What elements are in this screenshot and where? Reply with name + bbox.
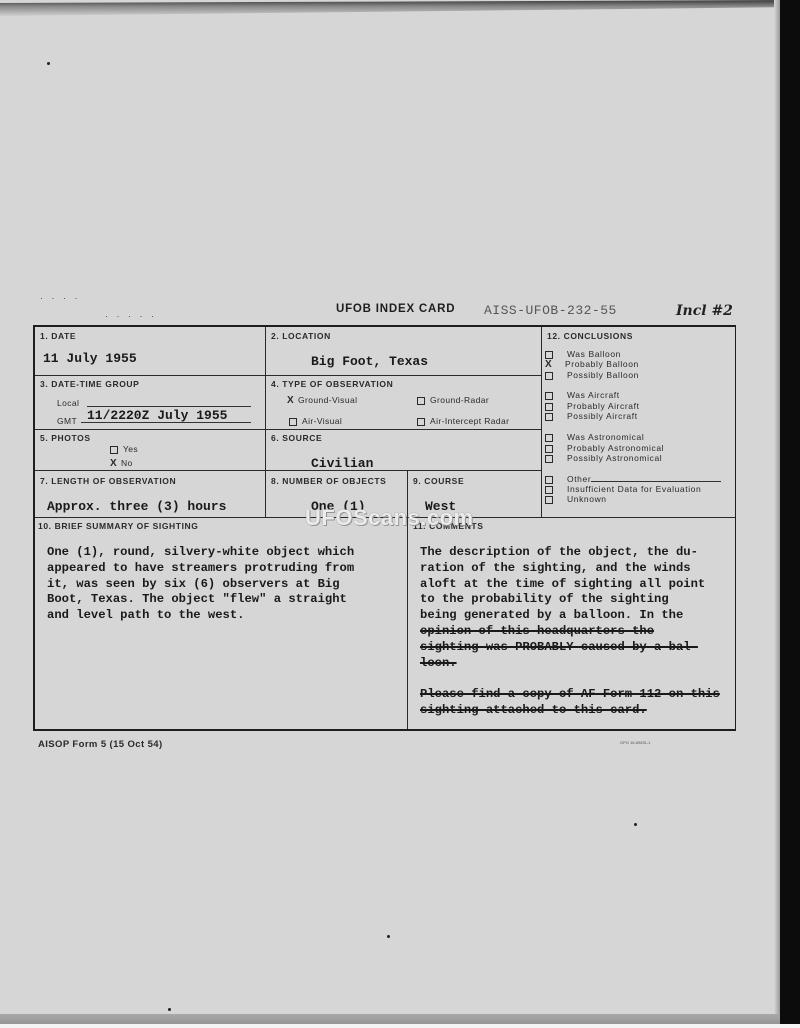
conclusion-probably-aircraft: Probably Aircraft xyxy=(545,401,640,411)
scan-right-edge xyxy=(780,0,800,1028)
form-id: AISOP Form 5 (15 Oct 54) xyxy=(38,739,163,750)
checkbox-icon xyxy=(545,455,553,463)
divider xyxy=(35,429,541,430)
number-of-objects-label: 8. NUMBER OF OBJECTS xyxy=(271,476,386,486)
option-ground-radar: Ground-Radar xyxy=(417,395,489,405)
checkbox-icon xyxy=(545,434,553,442)
checked-box-icon: X xyxy=(545,359,553,370)
checked-box-icon: X xyxy=(287,395,295,406)
struck-text: sighting was PROBABLY caused by a bal- xyxy=(420,640,720,656)
length-value: Approx. three (3) hours xyxy=(47,499,226,514)
checkbox-icon xyxy=(545,486,553,494)
comments-text: The description of the object, the du- r… xyxy=(420,545,720,719)
location-label: 2. LOCATION xyxy=(271,331,331,341)
date-value: 11 July 1955 xyxy=(43,351,137,366)
conclusion-possibly-balloon: Possibly Balloon xyxy=(545,370,639,380)
conclusion-unknown: Unknown xyxy=(545,494,607,504)
scan-speck xyxy=(634,823,637,826)
option-photos-no: XNo xyxy=(110,458,133,469)
location-value: Big Foot, Texas xyxy=(311,354,428,369)
checkbox-icon xyxy=(545,496,553,504)
struck-text: loon. xyxy=(420,656,720,672)
divider xyxy=(265,327,266,517)
observation-type-label: 4. TYPE OF OBSERVATION xyxy=(271,379,393,389)
checkbox-icon xyxy=(545,392,553,400)
option-photos-yes: Yes xyxy=(110,444,138,454)
conclusion-probably-balloon: XProbably Balloon xyxy=(545,359,639,370)
conclusion-insufficient-data: Insufficient Data for Evaluation xyxy=(545,484,701,494)
option-air-intercept-radar: Air-Intercept Radar xyxy=(417,416,509,426)
option-air-visual: Air-Visual xyxy=(289,416,342,426)
checkbox-icon xyxy=(417,397,425,405)
conclusion-possibly-aircraft: Possibly Aircraft xyxy=(545,411,638,421)
divider xyxy=(35,470,541,471)
conclusion-was-aircraft: Was Aircraft xyxy=(545,390,620,400)
local-time-label: Local xyxy=(57,398,79,408)
conclusions-list: Was Balloon XProbably Balloon Possibly B… xyxy=(535,327,735,517)
checkbox-icon xyxy=(545,351,553,359)
card-number: AISS-UFOB-232-55 xyxy=(484,303,617,318)
handwritten-note: Incl #2 xyxy=(676,303,733,319)
option-ground-visual: XGround-Visual xyxy=(287,395,357,406)
gmt-label: GMT xyxy=(57,416,77,426)
checked-box-icon: X xyxy=(110,458,118,469)
checkbox-icon xyxy=(110,446,118,454)
scan-speck xyxy=(387,935,390,938)
checkbox-icon xyxy=(545,413,553,421)
photos-label: 5. PHOTOS xyxy=(40,433,91,443)
length-label: 7. LENGTH OF OBSERVATION xyxy=(40,476,176,486)
source-value: Civilian xyxy=(311,456,373,471)
scan-bottom-margin xyxy=(0,1024,800,1028)
course-label: 9. COURSE xyxy=(413,476,464,486)
printer-mark: GPO 16-69831-1 xyxy=(620,740,650,745)
watermark: UFOScans.com xyxy=(305,505,474,531)
conclusion-was-balloon: Was Balloon xyxy=(545,349,621,359)
gmt-value: 11/2220Z July 1955 xyxy=(87,408,227,423)
scan-noise: · · · · xyxy=(40,293,81,303)
date-time-group-label: 3. DATE-TIME GROUP xyxy=(40,379,139,389)
struck-text: Please find a copy of AF Form 112 on thi… xyxy=(420,687,720,703)
divider xyxy=(35,375,541,376)
scan-speck xyxy=(168,1008,171,1011)
checkbox-icon xyxy=(417,418,425,426)
date-label: 1. DATE xyxy=(40,331,76,341)
scan-noise: · · · · · xyxy=(105,311,157,321)
conclusion-probably-astronomical: Probably Astronomical xyxy=(545,443,664,453)
checkbox-icon xyxy=(289,418,297,426)
checkbox-icon xyxy=(545,476,553,484)
summary-text: One (1), round, silvery-white object whi… xyxy=(47,545,354,624)
local-time-field xyxy=(87,396,251,407)
summary-label: 10. BRIEF SUMMARY OF SIGHTING xyxy=(38,521,199,531)
card-title: UFOB INDEX CARD xyxy=(336,303,455,315)
scan-top-edge xyxy=(0,0,800,16)
struck-text: opinion of this headquarters the xyxy=(420,624,720,640)
scan-speck xyxy=(47,62,50,65)
struck-text: sighting attached to this card. xyxy=(420,703,720,719)
checkbox-icon xyxy=(545,445,553,453)
conclusion-other: Other xyxy=(545,474,721,484)
conclusion-possibly-astronomical: Possibly Astronomical xyxy=(545,453,662,463)
checkbox-icon xyxy=(545,372,553,380)
conclusion-was-astronomical: Was Astronomical xyxy=(545,432,644,442)
checkbox-icon xyxy=(545,403,553,411)
source-label: 6. SOURCE xyxy=(271,433,322,443)
